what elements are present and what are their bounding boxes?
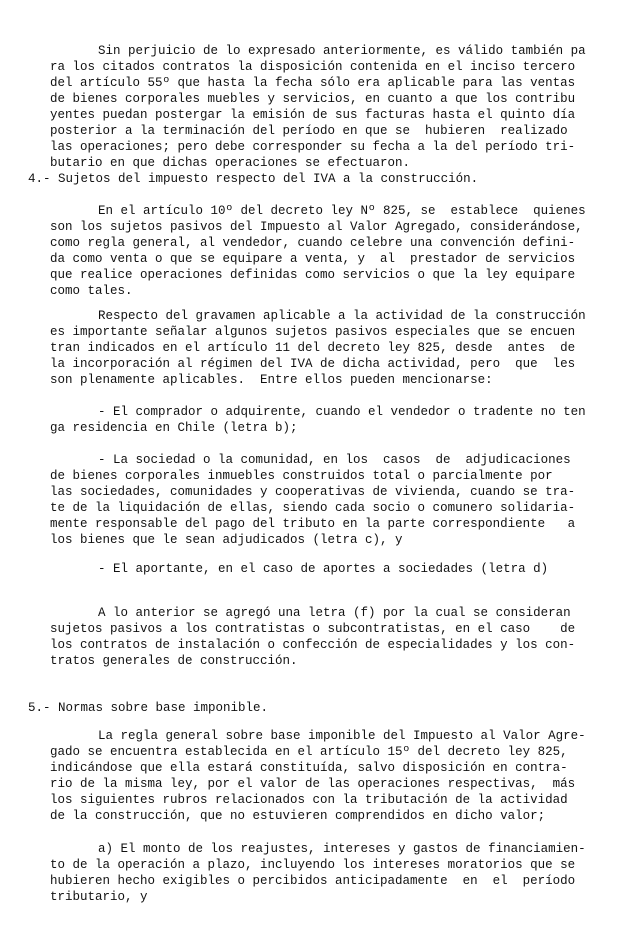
paragraph-line: las operaciones; pero debe corresponder …: [50, 140, 575, 154]
section-heading-5: 5.- Normas sobre base imponible.: [28, 701, 268, 715]
list-item-line: ga residencia en Chile (letra b);: [50, 421, 298, 435]
paragraph-line: que realice operaciones definidas como s…: [50, 268, 575, 282]
list-item-line: - El aportante, en el caso de aportes a …: [98, 562, 548, 576]
paragraph-line: tran indicados en el artículo 11 del dec…: [50, 341, 575, 355]
list-item-line: las sociedades, comunidades y cooperativ…: [50, 485, 575, 499]
paragraph-line: es importante señalar algunos sujetos pa…: [50, 325, 575, 339]
paragraph-line: rio de la misma ley, por el valor de las…: [50, 777, 575, 791]
list-item-line: los bienes que le sean adjudicados (letr…: [50, 533, 403, 547]
paragraph-line: En el artículo 10º del decreto ley Nº 82…: [98, 204, 586, 218]
paragraph-line: Sin perjuicio de lo expresado anteriorme…: [98, 44, 586, 58]
paragraph-line: tratos generales de construcción.: [50, 654, 298, 668]
paragraph-line: como regla general, al vendedor, cuando …: [50, 236, 575, 250]
list-item-line: - La sociedad o la comunidad, en los cas…: [98, 453, 571, 467]
paragraph-line: del artículo 55º que hasta la fecha sólo…: [50, 76, 575, 90]
paragraph-line: sujetos pasivos a los contratistas o sub…: [50, 622, 575, 636]
paragraph-line: son los sujetos pasivos del Impuesto al …: [50, 220, 583, 234]
paragraph-line: los siguientes rubros relacionados con l…: [50, 793, 568, 807]
list-item-line: to de la operación a plazo, incluyendo l…: [50, 858, 575, 872]
paragraph-line: Respecto del gravamen aplicable a la act…: [98, 309, 586, 323]
paragraph-line: yentes puedan postergar la emisión de su…: [50, 108, 575, 122]
list-item-line: tributario, y: [50, 890, 148, 904]
paragraph-line: indicándose que ella estará constituída,…: [50, 761, 568, 775]
paragraph-line: A lo anterior se agregó una letra (f) po…: [98, 606, 571, 620]
paragraph-line: da como venta o que se equipare a venta,…: [50, 252, 575, 266]
paragraph-line: gado se encuentra establecida en el artí…: [50, 745, 568, 759]
list-item-line: hubieren hecho exigibles o percibidos an…: [50, 874, 575, 888]
paragraph-line: como tales.: [50, 284, 133, 298]
paragraph-line: posterior a la terminación del período e…: [50, 124, 568, 138]
paragraph-line: ra los citados contratos la disposición …: [50, 60, 575, 74]
section-heading-4: 4.- Sujetos del impuesto respecto del IV…: [28, 172, 478, 186]
paragraph-line: de la construcción, que no estuvieren co…: [50, 809, 545, 823]
list-item-line: de bienes corporales inmuebles construid…: [50, 469, 553, 483]
list-item-line: - El comprador o adquirente, cuando el v…: [98, 405, 586, 419]
document-page: Sin perjuicio de lo expresado anteriorme…: [0, 0, 630, 932]
paragraph-line: los contratos de instalación o confecció…: [50, 638, 575, 652]
paragraph-line: la incorporación al régimen del IVA de d…: [50, 357, 575, 371]
paragraph-line: son plenamente aplicables. Entre ellos p…: [50, 373, 493, 387]
list-item-line: a) El monto de los reajustes, intereses …: [98, 842, 586, 856]
paragraph-line: La regla general sobre base imponible de…: [98, 729, 586, 743]
paragraph-line: de bienes corporales muebles y servicios…: [50, 92, 575, 106]
list-item-line: te de la liquidación de ellas, siendo ca…: [50, 501, 575, 515]
paragraph-line: butario en que dichas operaciones se efe…: [50, 156, 410, 170]
list-item-line: mente responsable del pago del tributo e…: [50, 517, 575, 531]
